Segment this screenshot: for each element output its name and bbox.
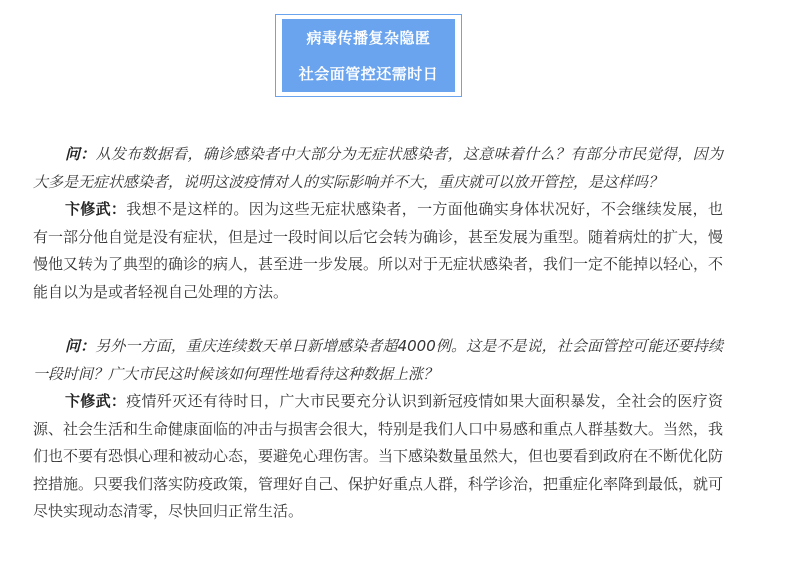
answer-paragraph-2: 卞修武：疫情歼灭还有待时日，广大市民要充分认识到新冠疫情如果大面积暴发，全社会的… [33,388,723,526]
title-banner: 病毒传播复杂隐匿 社会面管控还需时日 [275,14,462,97]
question-paragraph-1: 问：从发布数据看，确诊感染者中大部分为无症状感染者，这意味着什么？有部分市民觉得… [33,141,723,196]
question-speaker-label: 问： [65,337,95,355]
answer-text: 我想不是这样的。因为这些无症状感染者，一方面他确实身体状况好，不会继续发展，也有… [33,200,723,301]
question-speaker-label: 问： [65,145,96,163]
title-banner-fill: 病毒传播复杂隐匿 社会面管控还需时日 [282,19,455,92]
answer-speaker-label: 卞修武： [65,392,126,410]
answer-paragraph-1: 卞修武：我想不是这样的。因为这些无症状感染者，一方面他确实身体状况好，不会继续发… [33,196,723,306]
question-text: 从发布数据看，确诊感染者中大部分为无症状感染者，这意味着什么？有部分市民觉得，因… [33,145,723,191]
question-paragraph-2: 问：另外一方面，重庆连续数天单日新增感染者超4000例。这是不是说，社会面管控可… [33,333,723,388]
article-body: 问：从发布数据看，确诊感染者中大部分为无症状感染者，这意味着什么？有部分市民觉得… [33,141,723,526]
paragraph-spacer [33,306,723,333]
question-text: 另外一方面，重庆连续数天单日新增感染者超4000例。这是不是说，社会面管控可能还… [33,337,723,383]
banner-title-line-2: 社会面管控还需时日 [299,56,439,92]
answer-speaker-label: 卞修武： [65,200,126,218]
banner-title-line-1: 病毒传播复杂隐匿 [306,20,430,56]
answer-text: 疫情歼灭还有待时日，广大市民要充分认识到新冠疫情如果大面积暴发，全社会的医疗资源… [33,392,723,520]
